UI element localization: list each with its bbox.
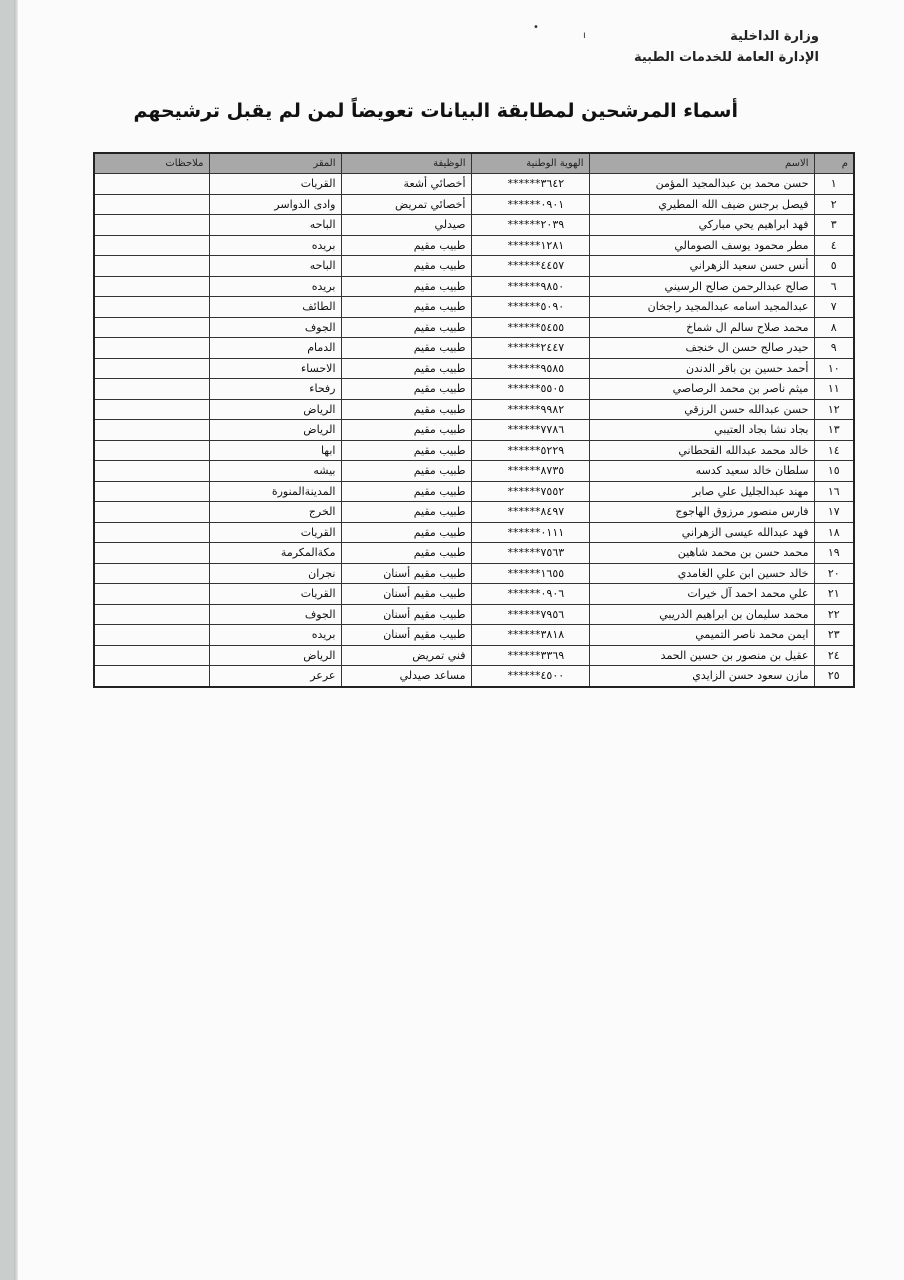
- cell-name: فيصل برجس ضيف الله المطيري: [589, 194, 814, 215]
- table-row: ٧عبدالمجيد اسامه عبدالمجيد راجخان******٥…: [94, 297, 854, 318]
- table-row: ٢٤عقيل بن منصور بن حسين الحمد******٣٣٦٩ف…: [94, 645, 854, 666]
- table-body: ١حسن محمد بن عبدالمجيد المؤمن******٣٦٤٢أ…: [94, 174, 854, 687]
- cell-notes: [94, 625, 209, 646]
- cell-name: أحمد حسين بن باقر الدندن: [589, 358, 814, 379]
- cell-national-id: ******٥٥٠٥: [471, 379, 589, 400]
- cell-name: فهد عبدالله عيسى الزهراني: [589, 522, 814, 543]
- cell-index: ٦: [814, 276, 854, 297]
- cell-job: طبيب مقيم أسنان: [341, 625, 471, 646]
- cell-notes: [94, 420, 209, 441]
- cell-job: طبيب مقيم: [341, 420, 471, 441]
- cell-name: فارس منصور مرزوق الهاجوج: [589, 502, 814, 523]
- cell-notes: [94, 666, 209, 687]
- cell-location: بريده: [209, 235, 341, 256]
- cell-index: ١٩: [814, 543, 854, 564]
- cell-location: ابها: [209, 440, 341, 461]
- cell-notes: [94, 604, 209, 625]
- cell-name: حسن محمد بن عبدالمجيد المؤمن: [589, 174, 814, 195]
- cell-location: الدمام: [209, 338, 341, 359]
- cell-job: طبيب مقيم: [341, 297, 471, 318]
- cell-name: عبدالمجيد اسامه عبدالمجيد راجخان: [589, 297, 814, 318]
- cell-location: عرعر: [209, 666, 341, 687]
- cell-job: طبيب مقيم أسنان: [341, 604, 471, 625]
- cell-location: الطائف: [209, 297, 341, 318]
- cell-national-id: ******١٢٨١: [471, 235, 589, 256]
- cell-notes: [94, 215, 209, 236]
- cell-name: علي محمد احمد آل خيرات: [589, 584, 814, 605]
- cell-location: بريده: [209, 276, 341, 297]
- table-row: ١٤خالد محمد عبدالله القحطاني******٥٢٢٩طب…: [94, 440, 854, 461]
- cell-index: ١٧: [814, 502, 854, 523]
- cell-job: أخصائي أشعة: [341, 174, 471, 195]
- cell-national-id: ******٣٣٦٩: [471, 645, 589, 666]
- cell-notes: [94, 645, 209, 666]
- cell-job: طبيب مقيم: [341, 461, 471, 482]
- cell-national-id: ******٥٢٢٩: [471, 440, 589, 461]
- table-header-row: م الاسم الهوية الوطنية الوظيفة المقر ملا…: [94, 153, 854, 174]
- cell-index: ٨: [814, 317, 854, 338]
- cell-notes: [94, 358, 209, 379]
- table-row: ٢فيصل برجس ضيف الله المطيري******٠٩٠١أخص…: [94, 194, 854, 215]
- cell-national-id: ******٤٥٠٠: [471, 666, 589, 687]
- column-header-national-id: الهوية الوطنية: [471, 153, 589, 174]
- column-header-index: م: [814, 153, 854, 174]
- cell-location: الرياض: [209, 420, 341, 441]
- cell-national-id: ******٢٠٣٩: [471, 215, 589, 236]
- cell-index: ١٠: [814, 358, 854, 379]
- candidates-table: م الاسم الهوية الوطنية الوظيفة المقر ملا…: [93, 152, 855, 688]
- cell-notes: [94, 256, 209, 277]
- table-row: ١٥سلطان خالد سعيد كدسه******٨٧٣٥طبيب مقي…: [94, 461, 854, 482]
- table-row: ٢٢محمد سليمان بن ابراهيم الدريبي******٧٩…: [94, 604, 854, 625]
- cell-national-id: ******١٦٥٥: [471, 563, 589, 584]
- cell-name: خالد محمد عبدالله القحطاني: [589, 440, 814, 461]
- cell-job: طبيب مقيم أسنان: [341, 563, 471, 584]
- table-row: ٥أنس حسن سعيد الزهراني******٤٤٥٧طبيب مقي…: [94, 256, 854, 277]
- cell-job: طبيب مقيم: [341, 543, 471, 564]
- cell-location: بريده: [209, 625, 341, 646]
- cell-index: ٢١: [814, 584, 854, 605]
- cell-name: محمد حسن بن محمد شاهين: [589, 543, 814, 564]
- cell-job: طبيب مقيم أسنان: [341, 584, 471, 605]
- scan-speck: •: [533, 22, 539, 33]
- department-name: الإدارة العامة للخدمات الطبية: [634, 47, 819, 68]
- cell-notes: [94, 379, 209, 400]
- cell-location: المدينةالمنورة: [209, 481, 341, 502]
- cell-index: ٢: [814, 194, 854, 215]
- cell-location: مكةالمكرمة: [209, 543, 341, 564]
- cell-notes: [94, 502, 209, 523]
- cell-location: القريات: [209, 584, 341, 605]
- table-row: ١١ميثم ناصر بن محمد الرصاصي******٥٥٠٥طبي…: [94, 379, 854, 400]
- cell-name: مهند عبدالجليل علي صابر: [589, 481, 814, 502]
- cell-job: طبيب مقيم: [341, 399, 471, 420]
- cell-index: ١٣: [814, 420, 854, 441]
- cell-national-id: ******٤٤٥٧: [471, 256, 589, 277]
- cell-job: طبيب مقيم: [341, 522, 471, 543]
- cell-location: الجوف: [209, 317, 341, 338]
- cell-job: طبيب مقيم: [341, 235, 471, 256]
- cell-notes: [94, 584, 209, 605]
- table-row: ٢١علي محمد احمد آل خيرات******٠٩٠٦طبيب م…: [94, 584, 854, 605]
- cell-index: ٢٤: [814, 645, 854, 666]
- cell-index: ٩: [814, 338, 854, 359]
- cell-job: طبيب مقيم: [341, 338, 471, 359]
- cell-job: مساعد صيدلي: [341, 666, 471, 687]
- cell-job: طبيب مقيم: [341, 317, 471, 338]
- cell-name: عقيل بن منصور بن حسين الحمد: [589, 645, 814, 666]
- cell-notes: [94, 297, 209, 318]
- cell-name: حسن عبدالله حسن الرزقي: [589, 399, 814, 420]
- cell-notes: [94, 399, 209, 420]
- cell-name: ايمن محمد ناصر التميمي: [589, 625, 814, 646]
- cell-index: ٢٢: [814, 604, 854, 625]
- cell-index: ٣: [814, 215, 854, 236]
- table-row: ٦صالح عبدالرحمن صالح الرسيني******٩٨٥٠طب…: [94, 276, 854, 297]
- cell-name: بجاد نشا بجاد العتيبي: [589, 420, 814, 441]
- table-row: ٩حيدر صالح حسن ال خنجف******٢٤٤٧طبيب مقي…: [94, 338, 854, 359]
- cell-notes: [94, 276, 209, 297]
- cell-national-id: ******٨٧٣٥: [471, 461, 589, 482]
- cell-notes: [94, 522, 209, 543]
- cell-index: ١٦: [814, 481, 854, 502]
- cell-notes: [94, 543, 209, 564]
- cell-name: حيدر صالح حسن ال خنجف: [589, 338, 814, 359]
- cell-name: فهد ابراهيم يحي مباركي: [589, 215, 814, 236]
- cell-name: ميثم ناصر بن محمد الرصاصي: [589, 379, 814, 400]
- table-row: ٢٣ايمن محمد ناصر التميمي******٣٨١٨طبيب م…: [94, 625, 854, 646]
- cell-job: أخصائي تمريض: [341, 194, 471, 215]
- cell-name: أنس حسن سعيد الزهراني: [589, 256, 814, 277]
- cell-job: طبيب مقيم: [341, 502, 471, 523]
- cell-index: ٤: [814, 235, 854, 256]
- cell-location: الاحساء: [209, 358, 341, 379]
- cell-job: طبيب مقيم: [341, 358, 471, 379]
- cell-national-id: ******٧٧٨٦: [471, 420, 589, 441]
- cell-notes: [94, 563, 209, 584]
- cell-notes: [94, 461, 209, 482]
- cell-job: صيدلي: [341, 215, 471, 236]
- column-header-job: الوظيفة: [341, 153, 471, 174]
- cell-notes: [94, 338, 209, 359]
- cell-national-id: ******٧٩٥٦: [471, 604, 589, 625]
- table-row: ٣فهد ابراهيم يحي مباركي******٢٠٣٩صيدليال…: [94, 215, 854, 236]
- cell-national-id: ******٣٦٤٢: [471, 174, 589, 195]
- cell-national-id: ******٥٤٥٥: [471, 317, 589, 338]
- cell-index: ١٨: [814, 522, 854, 543]
- cell-notes: [94, 174, 209, 195]
- document-title: أسماء المرشحين لمطابقة البيانات تعويضاً …: [208, 100, 738, 122]
- cell-job: طبيب مقيم: [341, 481, 471, 502]
- ministry-name: وزارة الداخلية: [634, 26, 819, 47]
- cell-national-id: ******٥٠٩٠: [471, 297, 589, 318]
- cell-national-id: ******٧٥٦٣: [471, 543, 589, 564]
- cell-job: طبيب مقيم: [341, 276, 471, 297]
- cell-location: الخرج: [209, 502, 341, 523]
- cell-index: ١: [814, 174, 854, 195]
- cell-index: ١٢: [814, 399, 854, 420]
- column-header-notes: ملاحظات: [94, 153, 209, 174]
- cell-location: رفحاء: [209, 379, 341, 400]
- cell-job: فني تمريض: [341, 645, 471, 666]
- cell-index: ٢٥: [814, 666, 854, 687]
- table-row: ٤مطر محمود يوسف الصومالي******١٢٨١طبيب م…: [94, 235, 854, 256]
- cell-notes: [94, 481, 209, 502]
- cell-name: محمد صلاح سالم ال شماخ: [589, 317, 814, 338]
- cell-name: خالد حسين ابن علي الغامدي: [589, 563, 814, 584]
- cell-index: ١١: [814, 379, 854, 400]
- table-row: ١٦مهند عبدالجليل علي صابر******٧٥٥٢طبيب …: [94, 481, 854, 502]
- cell-location: القريات: [209, 522, 341, 543]
- cell-national-id: ******٩٩٨٢: [471, 399, 589, 420]
- scan-speck: ı: [583, 30, 586, 41]
- table-row: ١٨فهد عبدالله عيسى الزهراني******٠١١١طبي…: [94, 522, 854, 543]
- cell-index: ٢٣: [814, 625, 854, 646]
- table-row: ٨محمد صلاح سالم ال شماخ******٥٤٥٥طبيب مق…: [94, 317, 854, 338]
- cell-location: نجران: [209, 563, 341, 584]
- cell-notes: [94, 194, 209, 215]
- column-header-name: الاسم: [589, 153, 814, 174]
- table-row: ١٠أحمد حسين بن باقر الدندن******٩٥٨٥طبيب…: [94, 358, 854, 379]
- cell-location: الرياض: [209, 399, 341, 420]
- cell-national-id: ******٠٩٠١: [471, 194, 589, 215]
- cell-national-id: ******٨٤٩٧: [471, 502, 589, 523]
- cell-national-id: ******٧٥٥٢: [471, 481, 589, 502]
- cell-index: ٥: [814, 256, 854, 277]
- cell-location: الباحه: [209, 215, 341, 236]
- table-row: ١٧فارس منصور مرزوق الهاجوج******٨٤٩٧طبيب…: [94, 502, 854, 523]
- cell-name: صالح عبدالرحمن صالح الرسيني: [589, 276, 814, 297]
- table-row: ٢٥مازن سعود حسن الزايدي******٤٥٠٠مساعد ص…: [94, 666, 854, 687]
- cell-index: ٧: [814, 297, 854, 318]
- cell-location: الجوف: [209, 604, 341, 625]
- cell-location: وادى الدواسر: [209, 194, 341, 215]
- cell-job: طبيب مقيم: [341, 379, 471, 400]
- table-row: ١٢حسن عبدالله حسن الرزقي******٩٩٨٢طبيب م…: [94, 399, 854, 420]
- cell-location: الرياض: [209, 645, 341, 666]
- cell-job: طبيب مقيم: [341, 256, 471, 277]
- letterhead: وزارة الداخلية الإدارة العامة للخدمات ال…: [634, 26, 819, 68]
- cell-name: مازن سعود حسن الزايدي: [589, 666, 814, 687]
- cell-national-id: ******٣٨١٨: [471, 625, 589, 646]
- cell-national-id: ******٠٩٠٦: [471, 584, 589, 605]
- cell-national-id: ******٢٤٤٧: [471, 338, 589, 359]
- cell-name: سلطان خالد سعيد كدسه: [589, 461, 814, 482]
- table-row: ١٣بجاد نشا بجاد العتيبي******٧٧٨٦طبيب مق…: [94, 420, 854, 441]
- cell-national-id: ******٠١١١: [471, 522, 589, 543]
- cell-index: ١٤: [814, 440, 854, 461]
- document-page: • ı وزارة الداخلية الإدارة العامة للخدما…: [18, 0, 904, 1280]
- cell-location: بيشه: [209, 461, 341, 482]
- cell-national-id: ******٩٨٥٠: [471, 276, 589, 297]
- cell-location: الباحه: [209, 256, 341, 277]
- cell-location: القريات: [209, 174, 341, 195]
- cell-index: ٢٠: [814, 563, 854, 584]
- table-row: ١٩محمد حسن بن محمد شاهين******٧٥٦٣طبيب م…: [94, 543, 854, 564]
- cell-index: ١٥: [814, 461, 854, 482]
- cell-notes: [94, 317, 209, 338]
- cell-national-id: ******٩٥٨٥: [471, 358, 589, 379]
- cell-name: محمد سليمان بن ابراهيم الدريبي: [589, 604, 814, 625]
- cell-notes: [94, 440, 209, 461]
- cell-notes: [94, 235, 209, 256]
- cell-name: مطر محمود يوسف الصومالي: [589, 235, 814, 256]
- column-header-location: المقر: [209, 153, 341, 174]
- table-row: ٢٠خالد حسين ابن علي الغامدي******١٦٥٥طبي…: [94, 563, 854, 584]
- cell-job: طبيب مقيم: [341, 440, 471, 461]
- table-row: ١حسن محمد بن عبدالمجيد المؤمن******٣٦٤٢أ…: [94, 174, 854, 195]
